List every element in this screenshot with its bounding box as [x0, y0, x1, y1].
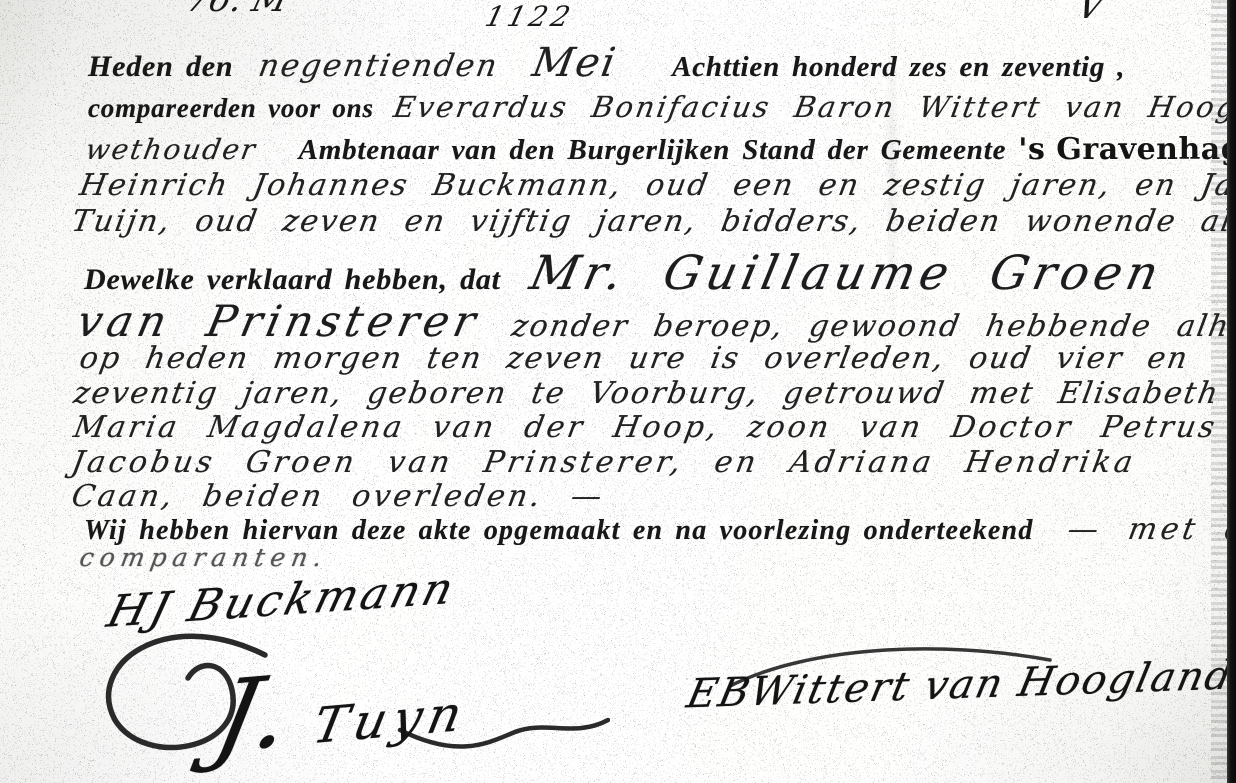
handwritten-text: Everardus Bonifacius Baron Wittert van H…: [391, 90, 1236, 124]
handwritten-deceased-name: Mr. Guillaume Groen: [525, 246, 1168, 301]
printed-form-text: compareerden voor ons: [88, 93, 374, 124]
signature-tuyn-text: J. Tuyn: [206, 637, 483, 775]
death-certificate-scan: 76. M V 1122 Heden den negentienden Mei …: [0, 0, 1236, 783]
printed-form-text: Ambtenaar van den Burgerlijken Stand der…: [299, 134, 1007, 167]
printed-form-text: Dewelke verklaard hebben, dat: [84, 263, 501, 297]
act-line: Heinrich Johannes Buckmann, oud een en z…: [80, 168, 1236, 203]
handwritten-text: Mei: [529, 40, 621, 86]
handwritten-text: Jacobus Groen van Prinsterer, en Adriana…: [69, 445, 1139, 480]
act-line: Heden den negentienden Mei Achttien hond…: [88, 40, 1125, 86]
signature-wittert-text: EBWittert van Hoogland: [683, 653, 1236, 718]
handwritten-text: zeventig jaren, geboren te Voorburg, get…: [71, 376, 1223, 411]
act-line: Jacobus Groen van Prinsterer, en Adriana…: [72, 445, 1136, 480]
act-line: Wij hebben hiervan deze akte opgemaakt e…: [84, 512, 1236, 547]
handwritten-deceased-name: van Prinsterer: [73, 297, 485, 347]
handwritten-text: comparanten.: [77, 543, 330, 572]
scan-edge-mottled-band: [1211, 0, 1227, 783]
act-line: comparanten.: [80, 543, 328, 572]
handwritten-text: negentienden: [256, 48, 502, 84]
printed-blackletter-text: 's Gravenhage ,: [1018, 132, 1236, 167]
cut-off-stroke-top-right: V: [1073, 0, 1109, 27]
handwritten-text: Caan, beiden overleden. —: [69, 479, 607, 514]
handwritten-text: zonder beroep, gewoond hebbende alhier: [508, 309, 1236, 344]
act-line: Dewelke verklaard hebben, dat Mr. Guilla…: [84, 246, 1162, 301]
handwritten-text: Maria Magdalena van der Hoop, zoon van D…: [71, 410, 1220, 445]
handwritten-text: wethouder: [83, 133, 259, 166]
act-line: compareerden voor ons Everardus Bonifaci…: [88, 90, 1236, 124]
handwritten-text: Tuijn, oud zeven en vijftig jaren, bidde…: [69, 204, 1236, 239]
act-line: op heden morgen ten zeven ure is overled…: [80, 341, 1189, 376]
signature-tuyn: J. Tuyn: [70, 630, 318, 747]
act-line: Tuijn, oud zeven en vijftig jaren, bidde…: [72, 204, 1236, 239]
signature-buckmann-text: HJ Buckmann: [102, 563, 461, 638]
act-line: zeventig jaren, geboren te Voorburg, get…: [74, 376, 1219, 411]
act-line: Maria Magdalena van der Hoop, zoon van D…: [74, 410, 1217, 445]
act-line: van Prinsterer zonder beroep, gewoond he…: [78, 297, 1236, 347]
printed-form-text: Heden den: [88, 50, 233, 84]
act-line: Caan, beiden overleden. —: [72, 479, 604, 514]
printed-form-text: Achttien honderd zes en zeventig ,: [672, 51, 1125, 84]
signature-wittert-van-hoogland: EBWittert van Hoogland: [690, 662, 1231, 708]
signature-buckmann: HJ Buckmann: [112, 575, 452, 626]
act-line: wethouder Ambtenaar van den Burgerlijken…: [86, 132, 1236, 167]
act-number: 1122: [482, 0, 577, 33]
scan-edge-black-band: [1227, 0, 1236, 783]
cut-off-stroke-top-left: 76. M: [183, 0, 293, 20]
handwritten-text: Heinrich Johannes Buckmann, oud een en z…: [77, 168, 1236, 203]
handwritten-text: op heden morgen ten zeven ure is overled…: [77, 341, 1192, 376]
